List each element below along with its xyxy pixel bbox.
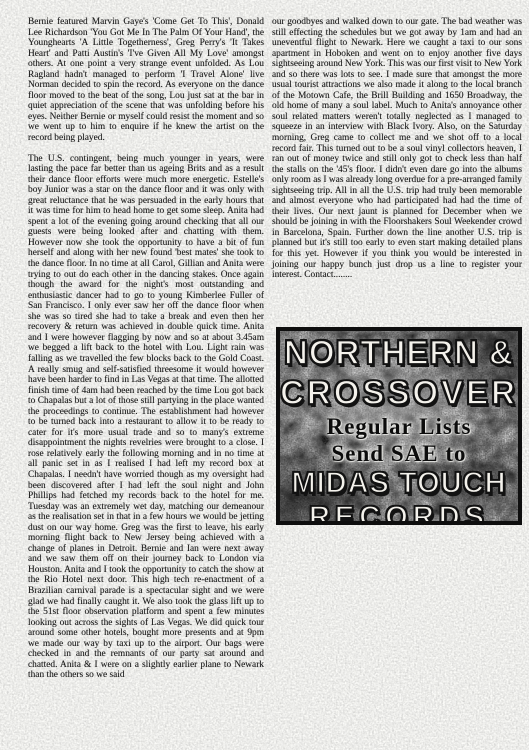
ad-text-block: NORTHERN & CROSSOVER Regular Lists Send … — [280, 331, 518, 525]
ad-headline-northern: NORTHERN & — [280, 332, 518, 372]
article-columns: Bernie featured Marvin Gaye's 'Come Get … — [28, 17, 522, 691]
ad-send-sae-text: Send SAE to — [280, 440, 518, 467]
ad-regular-lists-text: Regular Lists — [280, 413, 518, 440]
ad-headline-crossover: CROSSOVER — [280, 372, 518, 413]
ad-brand-records: RECORDS — [280, 501, 518, 525]
midas-touch-records-ad: NORTHERN & CROSSOVER Regular Lists Send … — [276, 327, 522, 525]
right-column: our goodbyes and walked down to our gate… — [272, 17, 522, 691]
left-column: Bernie featured Marvin Gaye's 'Come Get … — [28, 17, 264, 691]
paragraph: The U.S. contingent, being much younger … — [28, 154, 264, 681]
scanned-fanzine-page: Bernie featured Marvin Gaye's 'Come Get … — [0, 0, 529, 750]
paragraph: Bernie featured Marvin Gaye's 'Come Get … — [28, 17, 264, 144]
ad-brand-midas-touch: MIDAS TOUCH — [280, 467, 518, 501]
paragraph: our goodbyes and walked down to our gate… — [272, 17, 522, 281]
